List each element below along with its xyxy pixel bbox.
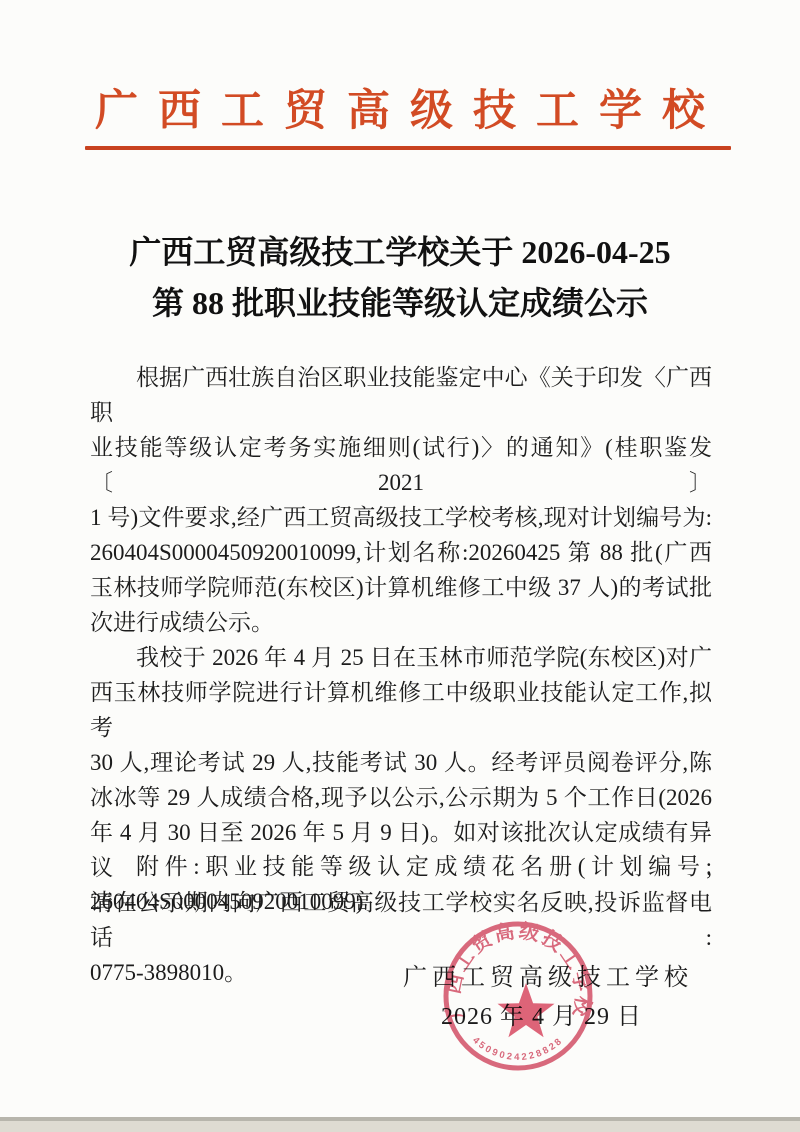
body-line: 冰冰等 29 人成绩合格,现予以公示,公示期为 5 个工作日(2026	[90, 780, 712, 815]
attachment-line1: 附件:职业技能等级认定成绩花名册(计划编号:	[90, 849, 712, 884]
star-icon	[498, 983, 555, 1037]
body-line: 业技能等级认定考务实施细则(试行)〉的通知》(桂职鉴发〔2021〕	[90, 430, 712, 500]
letterhead-rule	[85, 146, 731, 150]
document-page: 广西工贸高级技工学校 广西工贸高级技工学校关于 2026-04-25 第 88 …	[0, 0, 800, 1132]
body-line: 1 号)文件要求,经广西工贸高级技工学校考核,现对计划编号为:	[90, 500, 712, 535]
body-line: 玉林技师学院师范(东校区)计算机维修工中级 37 人)的考试批	[90, 570, 712, 605]
body-line: 30 人,理论考试 29 人,技能考试 30 人。经考评员阅卷评分,陈	[90, 745, 712, 780]
body-line: 西玉林技师学院进行计算机维修工中级职业技能认定工作,拟考	[90, 675, 712, 745]
body-line: 260404S0000450920010099,计划名称:20260425 第 …	[90, 535, 712, 570]
seal-ring	[446, 924, 590, 1068]
document-title-line2: 第 88 批职业技能等级认定成绩公示	[50, 278, 750, 329]
body-line: 我校于 2026 年 4 月 25 日在玉林市师范学院(东校区)对广	[90, 640, 712, 675]
letterhead-school-name: 广西工贸高级技工学校	[0, 84, 800, 140]
body-line: 根据广西壮族自治区职业技能鉴定中心《关于印发〈广西职	[90, 360, 712, 430]
official-seal-icon: 广西工贸高级技工学校 4509024228828	[433, 911, 603, 1081]
document-title: 广西工贸高级技工学校关于 2026-04-25 第 88 批职业技能等级认定成绩…	[50, 227, 750, 329]
body-line: 次进行成绩公示。	[90, 605, 712, 640]
scan-edge-strip	[0, 1121, 800, 1132]
attachment-note: 附件:职业技能等级认定成绩花名册(计划编号: 260404S0000450920…	[90, 849, 712, 919]
document-title-line1: 广西工贸高级技工学校关于 2026-04-25	[50, 227, 750, 278]
attachment-line2: 260404S0000450920010099)	[90, 884, 712, 919]
